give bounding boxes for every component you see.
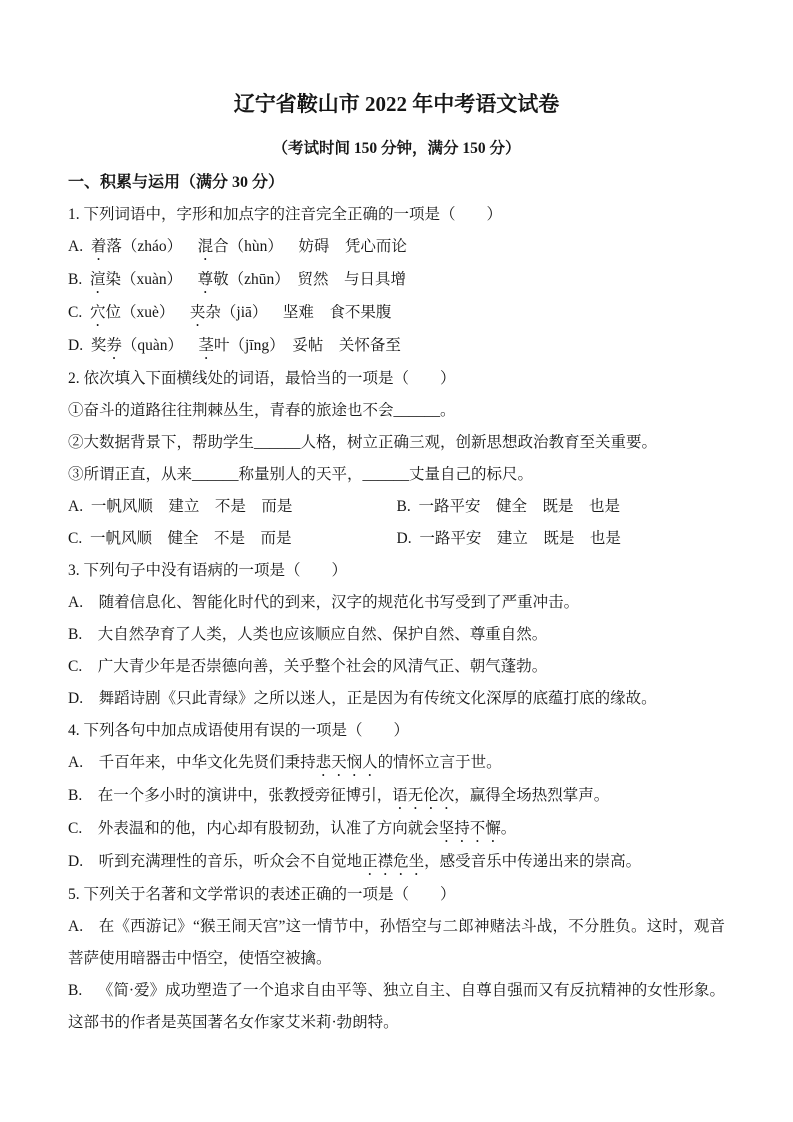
question-2-stem: 2. 依次填入下面横线处的词语，最恰当的一项是（ ）: [68, 363, 725, 395]
question-2-option-b: B. 一路平安 健全 既是 也是: [397, 491, 726, 523]
question-2-option-a: A. 一帆风顺 建立 不是 而是: [68, 491, 397, 523]
question-3-option-b: B. 大自然孕育了人类，人类也应该顺应自然、保护自然、尊重自然。: [68, 619, 725, 651]
question-3-option-a: A. 随着信息化、智能化时代的到来，汉字的规范化书写受到了严重冲击。: [68, 587, 725, 619]
question-4-option-c: C. 外表温和的他，内心却有股韧劲，认准了方向就会坚持不懈。: [68, 813, 725, 846]
exam-info-line: （考试时间 150 分钟，满分 150 分）: [68, 134, 725, 164]
exam-document-page: 辽宁省鞍山市 2022 年中考语文试卷 （考试时间 150 分钟，满分 150 …: [0, 0, 793, 1122]
question-4-option-a: A. 千百年来，中华文化先贤们秉持悲天悯人的情怀立言于世。: [68, 747, 725, 780]
section-1-heading: 一、积累与运用（满分 30 分）: [68, 167, 725, 199]
question-2-options-row-1: A. 一帆风顺 建立 不是 而是 B. 一路平安 健全 既是 也是: [68, 491, 725, 523]
question-5-option-a: A. 在《西游记》“猴王闹天宫”这一情节中，孙悟空与二郎神赌法斗战，不分胜负。这…: [68, 911, 725, 975]
question-3-stem: 3. 下列句子中没有语病的一项是（ ）: [68, 555, 725, 587]
question-2-item-1: ①奋斗的道路往往荆棘丛生，青春的旅途也不会______。: [68, 395, 725, 427]
question-2-option-d: D. 一路平安 建立 既是 也是: [397, 523, 726, 555]
question-1-option-a: A. 着落（zháo） 混合（hùn） 妨碍 凭心而论: [68, 231, 725, 264]
question-2-item-2: ②大数据背景下，帮助学生______人格，树立正确三观，创新思想政治教育至关重要…: [68, 427, 725, 459]
question-4: 4. 下列各句中加点成语使用有误的一项是（ ） A. 千百年来，中华文化先贤们秉…: [68, 715, 725, 879]
question-1-option-d: D. 奖券（quàn） 茎叶（jīng） 妥帖 关怀备至: [68, 330, 725, 363]
question-5: 5. 下列关于名著和文学常识的表述正确的一项是（ ） A. 在《西游记》“猴王闹…: [68, 879, 725, 1039]
question-4-option-d: D. 听到充满理性的音乐，听众会不自觉地正襟危坐，感受音乐中传递出来的崇高。: [68, 846, 725, 879]
question-2-option-c: C. 一帆风顺 健全 不是 而是: [68, 523, 397, 555]
question-2-options-row-2: C. 一帆风顺 健全 不是 而是 D. 一路平安 建立 既是 也是: [68, 523, 725, 555]
question-3-option-c: C. 广大青少年是否崇德向善，关乎整个社会的风清气正、朝气蓬勃。: [68, 651, 725, 683]
exam-title: 辽宁省鞍山市 2022 年中考语文试卷: [68, 88, 725, 120]
question-5-stem: 5. 下列关于名著和文学常识的表述正确的一项是（ ）: [68, 879, 725, 911]
question-3-option-d: D. 舞蹈诗剧《只此青绿》之所以迷人，正是因为有传统文化深厚的底蕴打底的缘故。: [68, 683, 725, 715]
question-1-option-c: C. 穴位（xuè） 夹杂（jiā） 坚难 食不果腹: [68, 297, 725, 330]
question-2: 2. 依次填入下面横线处的词语，最恰当的一项是（ ） ①奋斗的道路往往荆棘丛生，…: [68, 363, 725, 555]
question-1-option-b: B. 渲染（xuàn） 尊敬（zhūn） 贸然 与日具增: [68, 264, 725, 297]
question-5-option-b: B. 《简·爱》成功塑造了一个追求自由平等、独立自主、自尊自强而又有反抗精神的女…: [68, 975, 725, 1039]
question-2-item-3: ③所谓正直，从来______称量别人的天平，______丈量自己的标尺。: [68, 459, 725, 491]
question-4-stem: 4. 下列各句中加点成语使用有误的一项是（ ）: [68, 715, 725, 747]
question-1: 1. 下列词语中，字形和加点字的注音完全正确的一项是（ ） A. 着落（zháo…: [68, 199, 725, 363]
question-1-stem: 1. 下列词语中，字形和加点字的注音完全正确的一项是（ ）: [68, 199, 725, 231]
question-4-option-b: B. 在一个多小时的演讲中，张教授旁征博引，语无伦次，赢得全场热烈掌声。: [68, 780, 725, 813]
question-3: 3. 下列句子中没有语病的一项是（ ） A. 随着信息化、智能化时代的到来，汉字…: [68, 555, 725, 715]
